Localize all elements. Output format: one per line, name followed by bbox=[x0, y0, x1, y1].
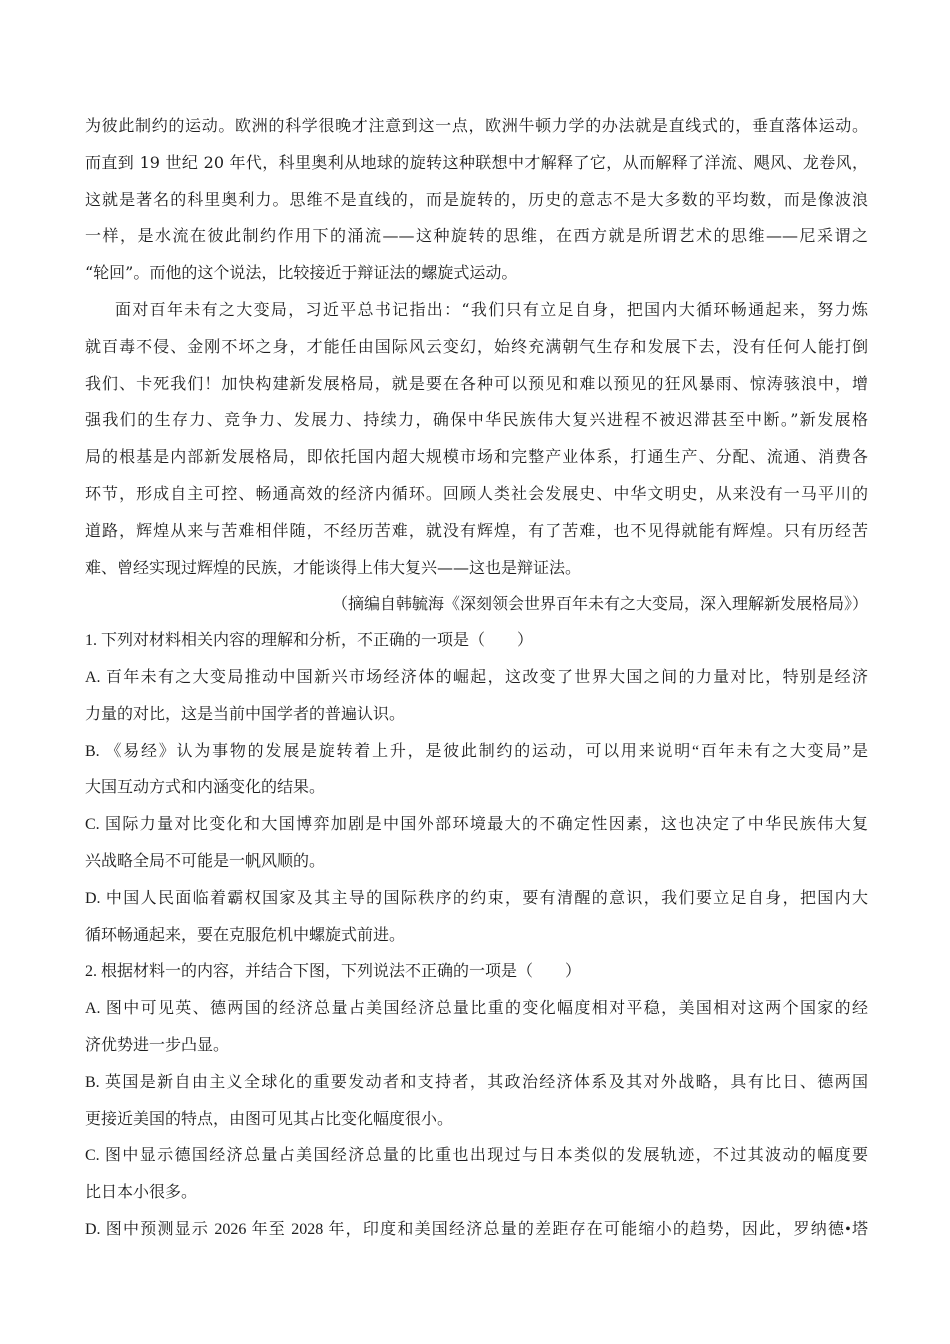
question-2-option-a-line: A. 图中可见英、德两国的经济总量占美国经济总量比重的变化幅度相对平稳，美国相对… bbox=[85, 991, 868, 1028]
question-2: 2. 根据材料一的内容，并结合下图，下列说法不正确的一项是（ ） A. 图中可见… bbox=[85, 954, 868, 1248]
question-1: 1. 下列对材料相关内容的理解和分析，不正确的一项是（ ） A. 百年未有之大变… bbox=[85, 623, 868, 954]
passage-line: 而直到 19 世纪 20 年代，科里奥利从地球的旋转这种联想中才解释了它，从而解… bbox=[85, 145, 868, 182]
source-citation: （摘编自韩毓海《深刻领会世界百年未有之大变局，深入理解新发展格局》） bbox=[85, 586, 868, 623]
material-passage-paragraph-2: 面对百年未有之大变局，习近平总书记指出：“我们只有立足自身，把国内大循环畅通起来… bbox=[85, 292, 868, 586]
exam-document-page: 为彼此制约的运动。欧洲的科学很晚才注意到这一点，欧洲牛顿力学的办法就是直线式的，… bbox=[85, 108, 868, 1249]
passage-line: 强我们的生存力、竞争力、发展力、持续力，确保中华民族伟大复兴进程不被迟滞甚至中断… bbox=[85, 402, 868, 439]
passage-line: 难、曾经实现过辉煌的民族，才能谈得上伟大复兴——这也是辩证法。 bbox=[85, 550, 868, 587]
passage-line: “轮回”。而他的这个说法，比较接近于辩证法的螺旋式运动。 bbox=[85, 255, 868, 292]
passage-line: 我们、卡死我们！加快构建新发展格局，就是要在各种可以预见和难以预见的狂风暴雨、惊… bbox=[85, 366, 868, 403]
question-1-option-b-line: 大国互动方式和内涵变化的结果。 bbox=[85, 770, 868, 807]
material-passage-paragraph-1: 为彼此制约的运动。欧洲的科学很晚才注意到这一点，欧洲牛顿力学的办法就是直线式的，… bbox=[85, 108, 868, 292]
question-1-option-c-line: C. 国际力量对比变化和大国博弈加剧是中国外部环境最大的不确定性因素，这也决定了… bbox=[85, 807, 868, 844]
question-1-option-a-line: A. 百年未有之大变局推动中国新兴市场经济体的崛起，这改变了世界大国之间的力量对… bbox=[85, 660, 868, 697]
question-1-option-c-line: 兴战略全局不可能是一帆风顺的。 bbox=[85, 844, 868, 881]
question-2-option-d-line: D. 图中预测显示 2026 年至 2028 年，印度和美国经济总量的差距存在可… bbox=[85, 1212, 868, 1249]
question-1-option-d-line: D. 中国人民面临着霸权国家及其主导的国际秩序的约束，要有清醒的意识，我们要立足… bbox=[85, 881, 868, 918]
question-2-option-b-line: B. 英国是新自由主义全球化的重要发动者和支持者，其政治经济体系及其对外战略，具… bbox=[85, 1065, 868, 1102]
question-1-stem: 1. 下列对材料相关内容的理解和分析，不正确的一项是（ ） bbox=[85, 623, 868, 660]
passage-line: 这就是著名的科里奥利力。思维不是直线的，而是旋转的，历史的意志不是大多数的平均数… bbox=[85, 182, 868, 219]
question-2-option-b-line: 更接近美国的特点，由图可见其占比变化幅度很小。 bbox=[85, 1102, 868, 1139]
question-2-stem: 2. 根据材料一的内容，并结合下图，下列说法不正确的一项是（ ） bbox=[85, 954, 868, 991]
question-2-option-c-line: 比日本小很多。 bbox=[85, 1175, 868, 1212]
passage-line: 环节，形成自主可控、畅通高效的经济内循环。回顾人类社会发展史、中华文明史，从来没… bbox=[85, 476, 868, 513]
passage-line: 面对百年未有之大变局，习近平总书记指出：“我们只有立足自身，把国内大循环畅通起来… bbox=[85, 292, 868, 329]
question-1-option-d-line: 循环畅通起来，要在克服危机中螺旋式前进。 bbox=[85, 918, 868, 955]
passage-line: 为彼此制约的运动。欧洲的科学很晚才注意到这一点，欧洲牛顿力学的办法就是直线式的，… bbox=[85, 108, 868, 145]
passage-line: 局的根基是内部新发展格局，即依托国内超大规模市场和完整产业体系，打通生产、分配、… bbox=[85, 439, 868, 476]
question-1-option-a-line: 力量的对比，这是当前中国学者的普遍认识。 bbox=[85, 697, 868, 734]
question-1-option-b-line: B. 《易经》认为事物的发展是旋转着上升，是彼此制约的运动，可以用来说明“百年未… bbox=[85, 734, 868, 771]
question-2-option-a-line: 济优势进一步凸显。 bbox=[85, 1028, 868, 1065]
passage-line: 就百毒不侵、金刚不坏之身，才能任由国际风云变幻，始终充满朝气生存和发展下去，没有… bbox=[85, 329, 868, 366]
passage-line: 道路，辉煌从来与苦难相伴随，不经历苦难，就没有辉煌，有了苦难，也不见得就能有辉煌… bbox=[85, 513, 868, 550]
passage-line: 一样，是水流在彼此制约作用下的涌流——这种旋转的思维，在西方就是所谓艺术的思维—… bbox=[85, 218, 868, 255]
question-2-option-c-line: C. 图中显示德国经济总量占美国经济总量的比重也出现过与日本类似的发展轨迹，不过… bbox=[85, 1138, 868, 1175]
